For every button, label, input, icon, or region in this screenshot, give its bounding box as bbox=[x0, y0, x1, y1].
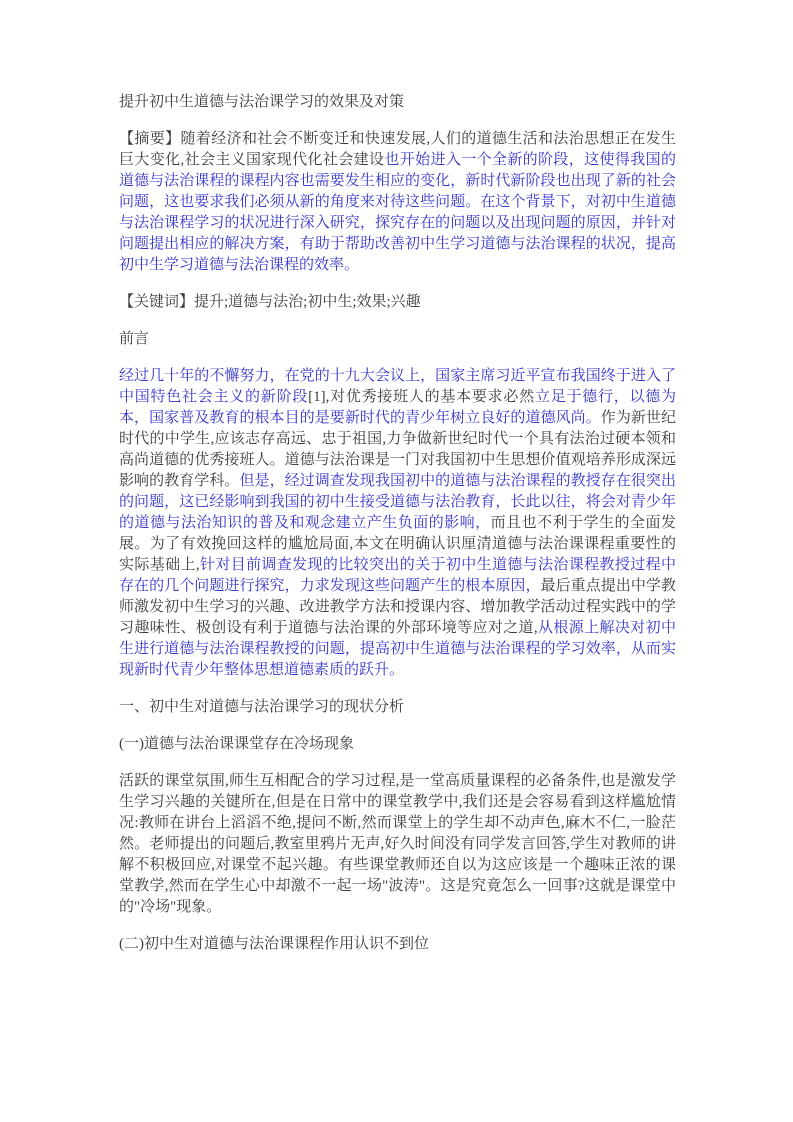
document-title: 提升初中生道德与法治课学习的效果及对策 bbox=[119, 92, 676, 113]
preface-paragraph: 经过几十年的不懈努力，在党的十九大会议上，国家主席习近平宣布我国终于进入了中国特… bbox=[119, 366, 676, 681]
keywords-paragraph: 【关键词】提升;道德与法治;初中生;效果;兴趣 bbox=[119, 292, 676, 313]
text-run-blue: 也开始进入一个全新的阶段，这使得我国的道德与法治课程的课程内容也需要发生相应的变… bbox=[119, 152, 676, 273]
text-run-black: (一)道德与法治课课堂存在冷场现象 bbox=[119, 736, 354, 752]
document-body: 【摘要】随着经济和社会不断变迁和快速发展,人们的道德生活和法治思想正在发生巨大变… bbox=[119, 129, 676, 955]
text-run-black: 前言 bbox=[119, 331, 149, 347]
text-run-black: (二)初中生对道德与法治课课程作用认识不到位 bbox=[119, 936, 429, 952]
text-run-black: 活跃的课堂氛围,师生互相配合的学习过程,是一堂高质量课程的必备条件,也是激发学生… bbox=[119, 773, 676, 915]
section-1-heading: 一、初中生对道德与法治课学习的现状分析 bbox=[119, 697, 676, 718]
subsection-1-1-heading: (一)道德与法治课课堂存在冷场现象 bbox=[119, 734, 676, 755]
subsection-1-2-heading: (二)初中生对道德与法治课课程作用认识不到位 bbox=[119, 934, 676, 955]
abstract-paragraph: 【摘要】随着经济和社会不断变迁和快速发展,人们的道德生活和法治思想正在发生巨大变… bbox=[119, 129, 676, 276]
preface-heading: 前言 bbox=[119, 329, 676, 350]
text-run-black: [1],对优秀接班人的基本要求必然 bbox=[308, 389, 535, 405]
document-page: 提升初中生道德与法治课学习的效果及对策 【摘要】随着经济和社会不断变迁和快速发展… bbox=[0, 0, 793, 1122]
cold-classroom-paragraph: 活跃的课堂氛围,师生互相配合的学习过程,是一堂高质量课程的必备条件,也是激发学生… bbox=[119, 771, 676, 918]
text-run-black: 【关键词】提升;道德与法治;初中生;效果;兴趣 bbox=[119, 294, 421, 310]
text-run-black: 一、初中生对道德与法治课学习的现状分析 bbox=[119, 699, 404, 715]
